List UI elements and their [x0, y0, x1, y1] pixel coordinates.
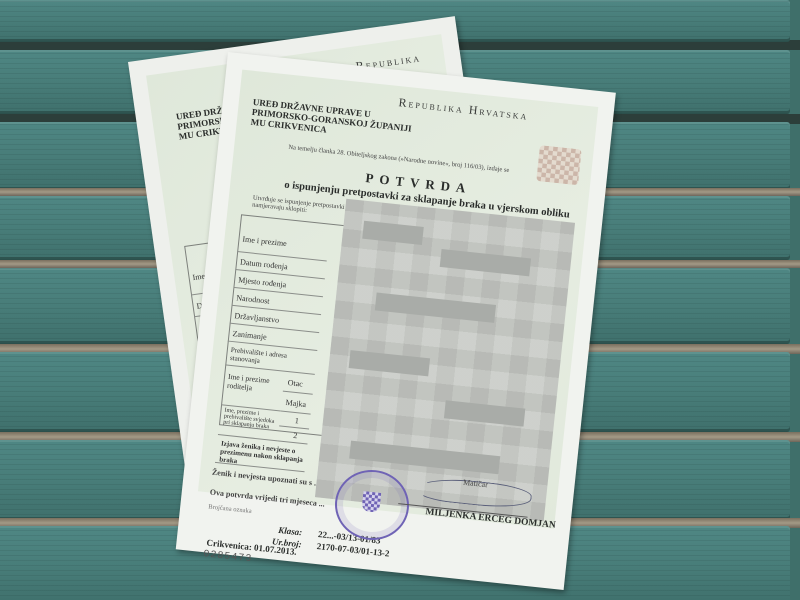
- witnesses-label: Ime, prezime i prebivalište svjedoka pri…: [218, 405, 281, 441]
- witness-2: 2: [278, 426, 309, 444]
- coat-of-arms-icon: [536, 145, 582, 185]
- parents-label: Ime i prezime roditelja: [221, 365, 285, 411]
- numeric-label: Brojčana oznaka: [208, 504, 252, 515]
- coat-of-arms-icon: [361, 491, 381, 513]
- klasa-label: Klasa:: [278, 526, 303, 537]
